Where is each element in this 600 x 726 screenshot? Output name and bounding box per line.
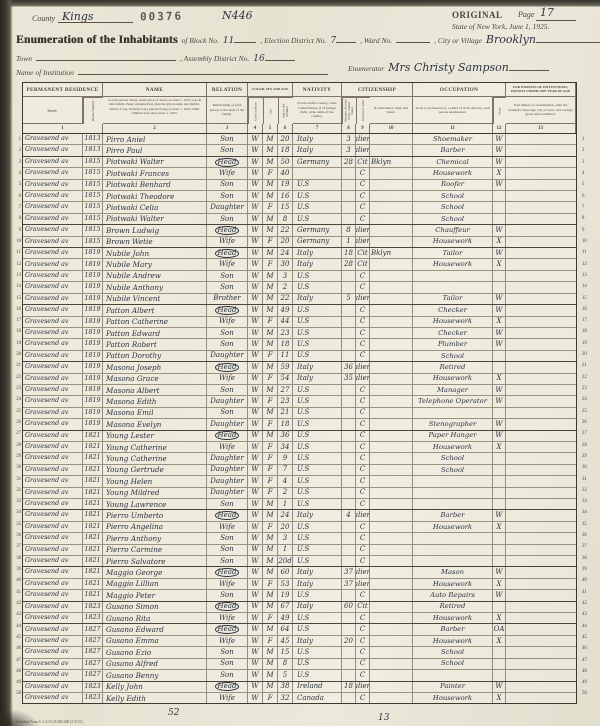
cell-house: 1821 [83,579,103,589]
line-number: 22 [13,372,21,383]
cell-class [493,214,506,224]
cell-street: Gravesend av [23,556,83,566]
table-row: Gravesend av1819Patton AlbertHeadWM49U.S… [23,304,576,315]
cell-relation: Son [207,180,248,190]
cell-house: 1813 [83,145,103,155]
cell-occupation: School [413,659,493,669]
line-number: 48 [13,666,21,677]
line-number: 43 [582,609,596,620]
cell-color: W [248,670,263,680]
cell-color: W [248,556,263,566]
cell-color: W [248,419,263,429]
cell-street: Gravesend av [23,647,83,657]
cell-age: 53 [278,579,293,589]
cell-inmates [506,431,576,441]
cell-years [342,465,356,475]
cell-name: Piotwaki Walter [103,157,207,167]
line-number: 4 [13,168,21,179]
cell-color: W [248,305,263,315]
cell-color: W [248,499,263,509]
cell-inmates [506,134,576,144]
cell-nativity: U.S [293,556,342,566]
cell-years [342,533,356,543]
cell-occupation: Housework [413,693,493,703]
cell-house: 1827 [83,624,103,634]
cell-age: 8 [278,659,293,669]
cell-color: W [248,180,263,190]
cell-class: W [493,294,506,304]
cell-house: 1819 [83,317,103,327]
cell-citizen: C [356,419,370,429]
cell-name: Piotwaki Celia [103,202,207,212]
line-number: 18 [582,326,596,337]
line-number: 12 [13,258,21,269]
cell-age: 50 [278,157,293,167]
cell-house: 1821 [83,533,103,543]
cell-citizen: C [356,590,370,600]
cell-naturalized [370,488,413,498]
line-number: 21 [13,360,21,371]
cell-nativity: U.S [293,442,342,452]
cell-citizen: C [356,351,370,361]
cell-house: 1819 [83,351,103,361]
cell-naturalized [370,533,413,543]
cell-street: Gravesend av [23,157,83,167]
town-rule [36,51,176,61]
cell-nativity: Germany [293,237,342,247]
cell-occupation: Painter [413,682,493,692]
cell-street: Gravesend av [23,442,83,452]
cell-age: 18 [278,419,293,429]
line-number: 5 [13,179,21,190]
line-number: 30 [582,462,596,473]
line-number: 28 [582,439,596,450]
cell-color: W [248,157,263,167]
cell-sex: F [263,693,278,703]
cell-house: 1821 [83,522,103,532]
page-label: Page [518,10,534,19]
cell-street: Gravesend av [23,191,83,201]
cell-citizen: alien [356,237,370,247]
cell-sex: M [263,134,278,144]
cell-years [342,647,356,657]
cell-naturalized [370,271,413,281]
cell-years [342,317,356,327]
cell-street: Gravesend av [23,579,83,589]
cell-naturalized [370,202,413,212]
cell-name: Piotwaki Theodore [103,191,207,201]
cell-years [342,545,356,555]
cell-name: Patton Albert [103,305,207,315]
cell-color: W [248,134,263,144]
cell-name: Piotwaki Benhard [103,180,207,190]
ad-rule [265,51,295,61]
cell-relation: Daughter [207,419,248,429]
ward-label: , Ward No. [360,36,392,45]
cell-house: 1819 [83,271,103,281]
cell-age: 19 [278,590,293,600]
cell-inmates [506,191,576,201]
cell-house: 1815 [83,168,103,178]
cell-years: 4 [342,510,356,520]
cell-house: 1815 [83,157,103,167]
cell-relation: Son [207,214,248,224]
cell-citizen: C [356,647,370,657]
line-number: 18 [13,326,21,337]
cell-years [342,659,356,669]
cell-naturalized [370,545,413,555]
line-number: 8 [582,213,596,224]
cell-street: Gravesend av [23,545,83,555]
cell-occupation: Stenographer [413,419,493,429]
col-group-name: NAME [103,83,207,97]
cell-nativity: U.S [293,351,342,361]
cell-relation: Head [207,624,248,634]
table-row: Gravesend av1821Pierro SalvatoreSonWM20d… [23,555,576,566]
cell-street: Gravesend av [23,567,83,577]
cell-nativity: U.S [293,647,342,657]
cell-citizen: alien [356,134,370,144]
table-row: Gravesend av1821Pierro AngelinaWifeWF20U… [23,521,576,532]
cell-street: Gravesend av [23,145,83,155]
cell-occupation: Housework [413,168,493,178]
cell-inmates [506,396,576,406]
cell-sex: F [263,613,278,623]
cell-years: 18 [342,248,356,258]
desc-sex: Sex [263,97,278,124]
cell-color: W [248,693,263,703]
table-row: Gravesend av1815Piotwaki BenhardSonWM19U… [23,179,576,190]
cell-sex: M [263,248,278,258]
cell-age: 22 [278,225,293,235]
line-number: 13 [582,270,596,281]
cell-class: W [493,225,506,235]
table-row: Gravesend av1821Pierro CarmineSonWM1U.SC [23,544,576,555]
cell-occupation: Chemical [413,157,493,167]
cell-inmates [506,693,576,703]
cell-relation: Head [207,305,248,315]
cell-name: Patton Dorothy [103,351,207,361]
cell-occupation: Telephone Operator [413,396,493,406]
cell-nativity: Canada [293,693,342,703]
cell-street: Gravesend av [23,602,83,612]
colnum-7: 7 [293,124,342,133]
cell-nativity: U.S [293,499,342,509]
line-number: 26 [582,417,596,428]
cell-sex: M [263,157,278,167]
cell-years: 37 [342,579,356,589]
cell-age: 21 [278,408,293,418]
cell-class: W [493,248,506,258]
table-row: Gravesend av1813Pirro PaulSonWM18Italy3a… [23,144,576,155]
table-row: Gravesend av1819Nubile MaryWifeWF30Italy… [23,258,576,269]
cell-nativity: U.S [293,465,342,475]
cell-naturalized [370,294,413,304]
cell-sex: M [263,590,278,600]
cell-years [342,385,356,395]
desc-relation: Relationship of each person to the head … [207,97,248,124]
cell-class: X [493,374,506,384]
cell-citizen: C [356,499,370,509]
cell-house: 1819 [83,294,103,304]
cell-citizen: alien [356,225,370,235]
cell-sex: F [263,317,278,327]
cell-age: 32 [278,693,293,703]
cell-class [493,282,506,292]
cell-years: 18 [342,682,356,692]
cell-street: Gravesend av [23,419,83,429]
cell-age: 49 [278,613,293,623]
line-number: 27 [582,428,596,439]
table-row: Gravesend av1823Gusano SimonHeadWM67Ital… [23,601,576,612]
cell-age: 27 [278,385,293,395]
cell-relation: Son [207,271,248,281]
cell-citizen: C [356,693,370,703]
line-number: 20 [582,349,596,360]
cell-house: 1813 [83,134,103,144]
cell-street: Gravesend av [23,225,83,235]
table-row: Gravesend av1815Brown WetieWifeWF20Germa… [23,236,576,247]
cell-citizen: C [356,305,370,315]
cell-inmates [506,465,576,475]
line-number: 8 [13,213,21,224]
cell-inmates [506,374,576,384]
line-number: 1 [582,134,596,145]
line-number: 24 [13,394,21,405]
cell-occupation [413,533,493,543]
cell-color: W [248,590,263,600]
table-row: Gravesend av1821Maggio LillianWifeWF53It… [23,578,576,589]
cell-citizen: alien [356,510,370,520]
cell-nativity: U.S [293,214,342,224]
cell-age: 7 [278,465,293,475]
colnum-13: 13 [506,124,576,133]
desc-nativity: If born in this country, write United St… [293,97,342,124]
table-body: Gravesend av1813Pirro AnielSonWM20Italy3… [23,134,576,703]
line-number: 16 [582,304,596,315]
cell-nativity: Italy [293,145,342,155]
desc-inmates: If an inmate of an institution, enter th… [506,97,576,124]
cell-house: 1821 [83,510,103,520]
cell-occupation: Chauffeur [413,225,493,235]
cell-house: 1827 [83,636,103,646]
cell-class: W [493,339,506,349]
table-row: Gravesend av1827Gusano EdwardHeadWM64U.S… [23,623,576,634]
cell-street: Gravesend av [23,613,83,623]
cell-inmates [506,237,576,247]
cell-color: W [248,339,263,349]
cell-color: W [248,259,263,269]
line-number: 25 [13,406,21,417]
line-number: 11 [13,247,21,258]
cell-nativity: Italy [293,374,342,384]
line-number: 38 [13,553,21,564]
cell-age: 18 [278,339,293,349]
cell-citizen: C [356,180,370,190]
cell-occupation: Checker [413,305,493,315]
table-row: Gravesend av1815Brown LudwigHeadWM22Germ… [23,224,576,235]
scan-edge-top [0,0,600,7]
cell-occupation: Tailor [413,294,493,304]
cell-class: W [493,157,506,167]
cell-naturalized [370,522,413,532]
colnum-11: 11 [413,124,493,133]
cell-color: W [248,362,263,372]
line-number: 22 [582,372,596,383]
enumerator-rule [509,61,549,71]
cell-years [342,488,356,498]
cell-class [493,408,506,418]
table-row: Gravesend av1821Pierro AnthonySonWM3U.SC [23,532,576,543]
cell-nativity: U.S [293,659,342,669]
cell-age: 40 [278,168,293,178]
cell-color: W [248,351,263,361]
cell-years: 37 [342,567,356,577]
cell-nativity: Italy [293,294,342,304]
cell-years: 8 [342,225,356,235]
colnum-2: 2 [103,124,207,133]
cell-occupation: School [413,351,493,361]
line-number: 38 [582,553,596,564]
cell-relation: Wife [207,168,248,178]
cell-inmates [506,180,576,190]
line-number: 19 [13,338,21,349]
cell-relation: Head [207,510,248,520]
cell-color: W [248,431,263,441]
cell-nativity: U.S [293,545,342,555]
cell-street: Gravesend av [23,202,83,212]
table-row: Gravesend av1827Gusano AlfredSonWM8U.SCS… [23,658,576,669]
cell-name: Gusano Rita [103,613,207,623]
line-number: 40 [13,575,21,586]
cell-color: W [248,328,263,338]
cell-color: W [248,465,263,475]
colnum-3: 3 [207,124,248,133]
cell-years: 28 [342,157,356,167]
cell-relation: Son [207,647,248,657]
cell-occupation: School [413,191,493,201]
cell-sex: M [263,647,278,657]
cell-sex: M [263,682,278,692]
cell-relation: Son [207,385,248,395]
cell-nativity: Italy [293,362,342,372]
cell-nativity: U.S [293,431,342,441]
block-value: 11 [223,36,234,46]
cell-naturalized [370,145,413,155]
cell-street: Gravesend av [23,682,83,692]
cell-house: 1821 [83,442,103,452]
cell-house: 1819 [83,374,103,384]
table-row: Gravesend av1821Young CatherineWifeWF34U… [23,441,576,452]
cell-inmates [506,682,576,692]
line-number: 49 [582,677,596,688]
cell-color: W [248,396,263,406]
cell-color: W [248,613,263,623]
cell-name: Masona Albert [103,385,207,395]
cell-age: 36 [278,431,293,441]
cell-naturalized: Bklyn [370,248,413,258]
cell-age: 30 [278,259,293,269]
table-row: Gravesend av1827Gusano EmmaWifeWF45Italy… [23,635,576,646]
cell-color: W [248,271,263,281]
cell-house: 1821 [83,499,103,509]
cell-age: 54 [278,374,293,384]
census-table: PERMANENT RESIDENCE NAME RELATION COLOR,… [22,82,577,704]
line-number: 50 [13,688,21,699]
cell-inmates [506,202,576,212]
cell-occupation: Housework [413,522,493,532]
cell-street: Gravesend av [23,294,83,304]
cell-sex: F [263,522,278,532]
cell-color: W [248,602,263,612]
cell-years [342,693,356,703]
cell-house: 1821 [83,556,103,566]
cell-street: Gravesend av [23,636,83,646]
cell-name: Maggio George [103,567,207,577]
cell-years [342,168,356,178]
cell-age: 8 [278,214,293,224]
line-number: 42 [582,598,596,609]
cell-inmates [506,214,576,224]
cell-sex: M [263,408,278,418]
cell-nativity: U.S [293,408,342,418]
cell-age: 20 [278,237,293,247]
cell-sex: F [263,465,278,475]
cell-color: W [248,579,263,589]
col-group-citizenship: CITIZENSHIP [342,83,413,97]
cell-sex: M [263,362,278,372]
cell-occupation: Plumber [413,339,493,349]
cell-name: Young Lawrence [103,499,207,509]
cell-sex: M [263,602,278,612]
cell-street: Gravesend av [23,385,83,395]
cell-street: Gravesend av [23,134,83,144]
cell-naturalized [370,624,413,634]
cell-citizen: alien [356,374,370,384]
cell-sex: F [263,453,278,463]
cell-house: 1819 [83,259,103,269]
cell-inmates [506,522,576,532]
cell-occupation: School [413,214,493,224]
line-number: 34 [582,507,596,518]
cell-sex: F [263,351,278,361]
line-number: 45 [13,632,21,643]
cell-sex: M [263,225,278,235]
cell-citizen: C [356,670,370,680]
desc-class: Class [493,97,506,124]
cell-age: 44 [278,317,293,327]
cell-age: 24 [278,248,293,258]
cell-inmates [506,533,576,543]
cell-inmates [506,613,576,623]
cell-street: Gravesend av [23,488,83,498]
cell-relation: Son [207,191,248,201]
cell-naturalized [370,385,413,395]
cell-street: Gravesend av [23,522,83,532]
cell-naturalized [370,659,413,669]
line-number: 32 [13,485,21,496]
cell-sex: M [263,624,278,634]
cell-class: W [493,431,506,441]
cell-age: 2 [278,488,293,498]
cell-name: Pirro Aniel [103,134,207,144]
cell-street: Gravesend av [23,259,83,269]
cell-years: 5 [342,294,356,304]
cell-occupation: Barber [413,510,493,520]
cell-naturalized [370,419,413,429]
table-row: Gravesend av1821Maggio PeterSonWM19U.SCA… [23,589,576,600]
cell-nativity: U.S [293,533,342,543]
